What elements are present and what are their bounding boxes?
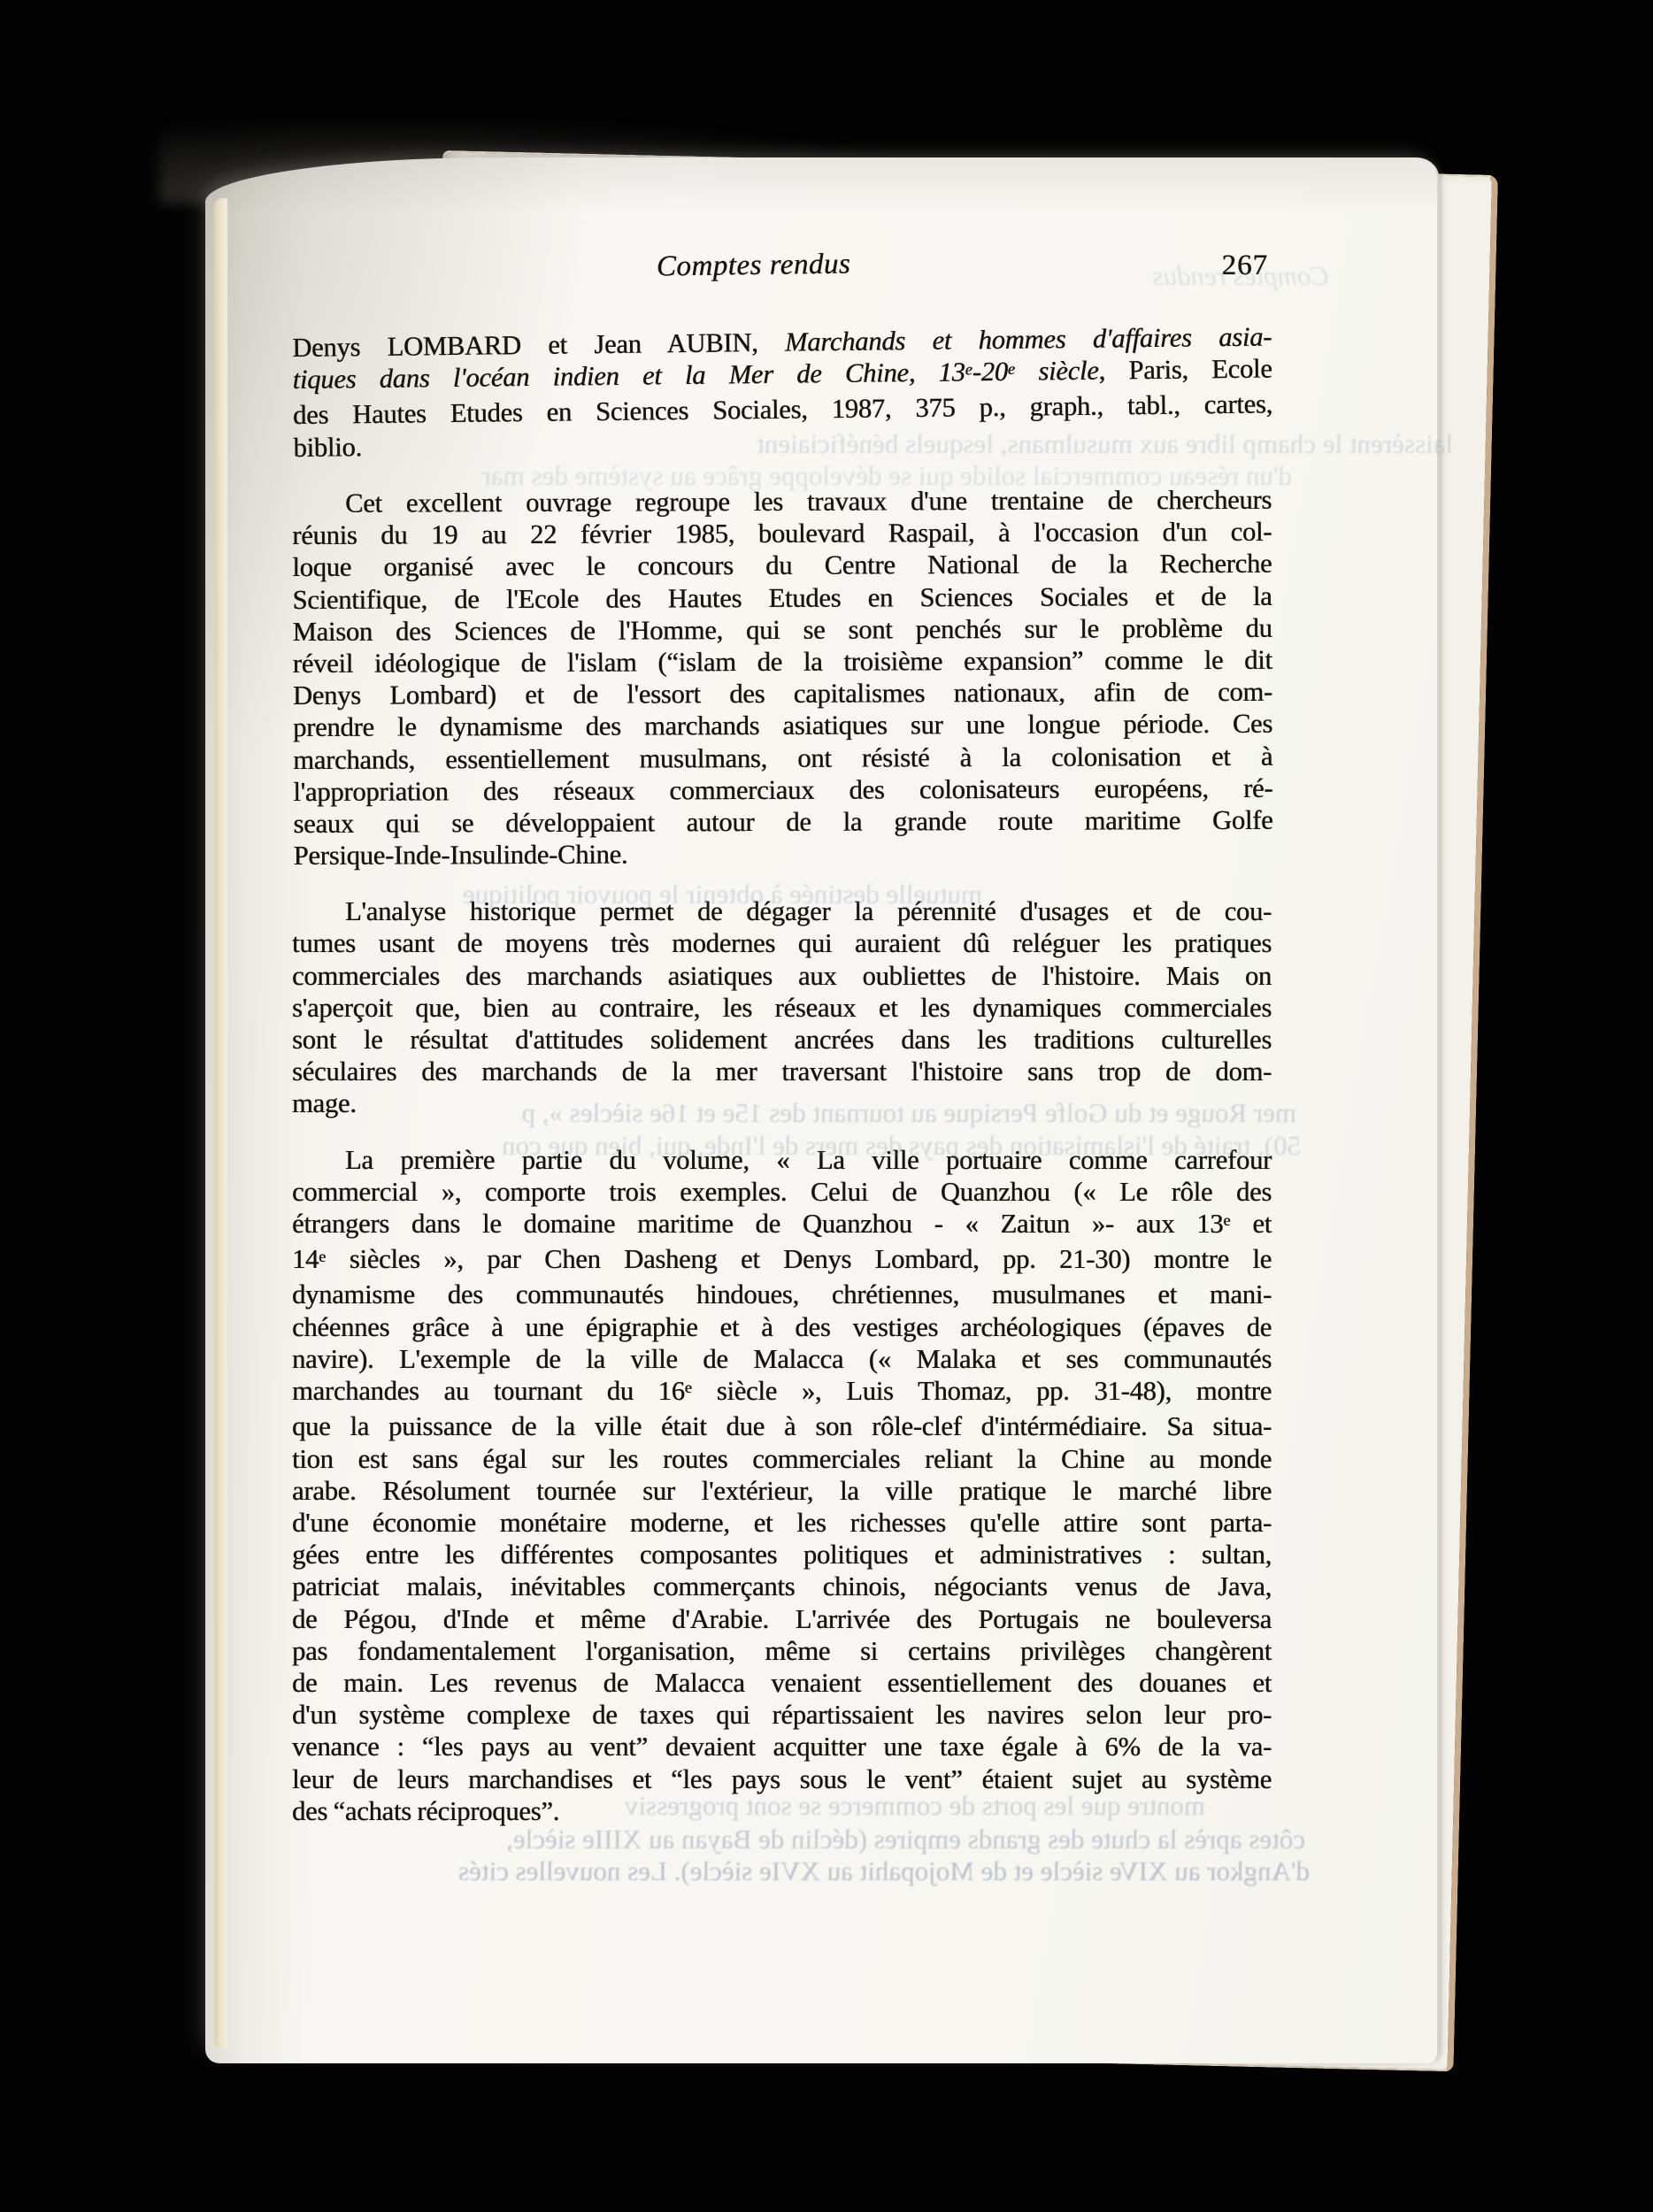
text-line: l'appropriation des réseaux commerciaux …	[293, 772, 1272, 807]
text-line: que la puissance de la ville était due à…	[292, 1410, 1272, 1442]
text-line: réunis du 19 au 22 février 1985, bouleva…	[292, 516, 1272, 551]
text-line: sont le résultat d'attitudes solidement …	[292, 1024, 1272, 1056]
text-line: de main. Les revenus de Malacca venaient…	[292, 1667, 1272, 1699]
scanner-background: { "header": { "title": "Comptes rendus",…	[0, 0, 1653, 2212]
text-line: chéennes grâce à une épigraphie et à des…	[292, 1311, 1272, 1343]
text-line: arabe. Résolument tournée sur l'extérieu…	[292, 1475, 1272, 1507]
text-line: d'un système complexe de taxes qui répar…	[292, 1699, 1272, 1731]
text-line: seaux qui se développaient autour de la …	[293, 804, 1272, 840]
text-line: tion est sans égal sur les routes commer…	[292, 1443, 1272, 1475]
text-line: Cet excellent ouvrage regroupe les trava…	[292, 484, 1272, 519]
text-line: séculaires des marchands de la mer trave…	[292, 1056, 1272, 1087]
text-line: marchands, essentiellement musulmans, on…	[293, 740, 1272, 775]
text-line: loque organisé avec le concours du Centr…	[292, 548, 1272, 583]
text-line: Scientifique, de l'Ecole des Hautes Etud…	[292, 580, 1272, 615]
text-line: prendre le dynamisme des marchands asiat…	[293, 708, 1272, 743]
text-block: Denys LOMBARD et Jean AUBIN, Marchands e…	[292, 332, 1272, 1851]
paragraph: La première partie du volume, « La ville…	[292, 1144, 1272, 1827]
text-line: étrangers dans le domaine maritime de Qu…	[292, 1208, 1272, 1243]
text-line: réveil idéologique de l'islam (“islam de…	[293, 644, 1272, 680]
text-line: d'une économie monétaire moderne, et les…	[292, 1507, 1272, 1539]
text-line: des “achats réciproques”.	[292, 1795, 1272, 1827]
text-line: 14e siècles », par Chen Dasheng et Denys…	[292, 1243, 1272, 1279]
text-line: pas fondamentalement l'organisation, mêm…	[292, 1635, 1272, 1667]
book-page-scan: Comptes rendus 267 Denys LOMBARD et Jean…	[205, 157, 1439, 2063]
page-number: 267	[1222, 250, 1269, 282]
text-line: La première partie du volume, « La ville…	[292, 1144, 1272, 1176]
text-line: tumes usant de moyens très modernes qui …	[292, 927, 1272, 959]
text-line: commerciales des marchands asiatiques au…	[292, 960, 1272, 992]
text-line: commercial », comporte trois exemples. C…	[292, 1176, 1272, 1208]
running-head: Comptes rendus 267	[292, 250, 1272, 285]
text-line: navire). L'exemple de la ville de Malacc…	[292, 1343, 1272, 1375]
text-line: Denys Lombard) et de l'essort des capita…	[293, 676, 1272, 711]
running-title: Comptes rendus	[264, 242, 1243, 288]
text-line: L'analyse historique permet de dégager l…	[292, 895, 1272, 927]
paragraph: L'analyse historique permet de dégager l…	[292, 895, 1272, 1119]
text-line: s'aperçoit que, bien au contraire, les r…	[292, 992, 1272, 1024]
text-line: Maison des Sciences de l'Homme, qui se s…	[293, 611, 1272, 647]
text-line: leur de leurs marchandises et “les pays …	[292, 1763, 1272, 1795]
text-line: mage.	[292, 1087, 1272, 1119]
text-line: de Pégou, d'Inde et même d'Arabie. L'arr…	[292, 1603, 1272, 1635]
text-line: venance : “les pays au vent” devaient ac…	[292, 1731, 1272, 1763]
text-line: patriciat malais, inévitables commerçant…	[292, 1571, 1272, 1602]
page-fore-edge	[214, 198, 227, 2049]
paragraph: Cet excellent ouvrage regroupe les trava…	[292, 484, 1273, 872]
ghost-line: d'Angkor au XIVe siècle et de Mojopahit …	[292, 1855, 1310, 1891]
paragraph: Denys LOMBARD et Jean AUBIN, Marchands e…	[292, 320, 1273, 463]
text-line: marchandes au tournant du 16e siècle », …	[292, 1375, 1272, 1410]
text-line: dynamisme des communautés hindoues, chré…	[292, 1279, 1272, 1310]
text-line: gées entre les différentes composantes p…	[292, 1539, 1272, 1571]
text-line: Persique-Inde-Insulinde-Chine.	[294, 836, 1273, 872]
